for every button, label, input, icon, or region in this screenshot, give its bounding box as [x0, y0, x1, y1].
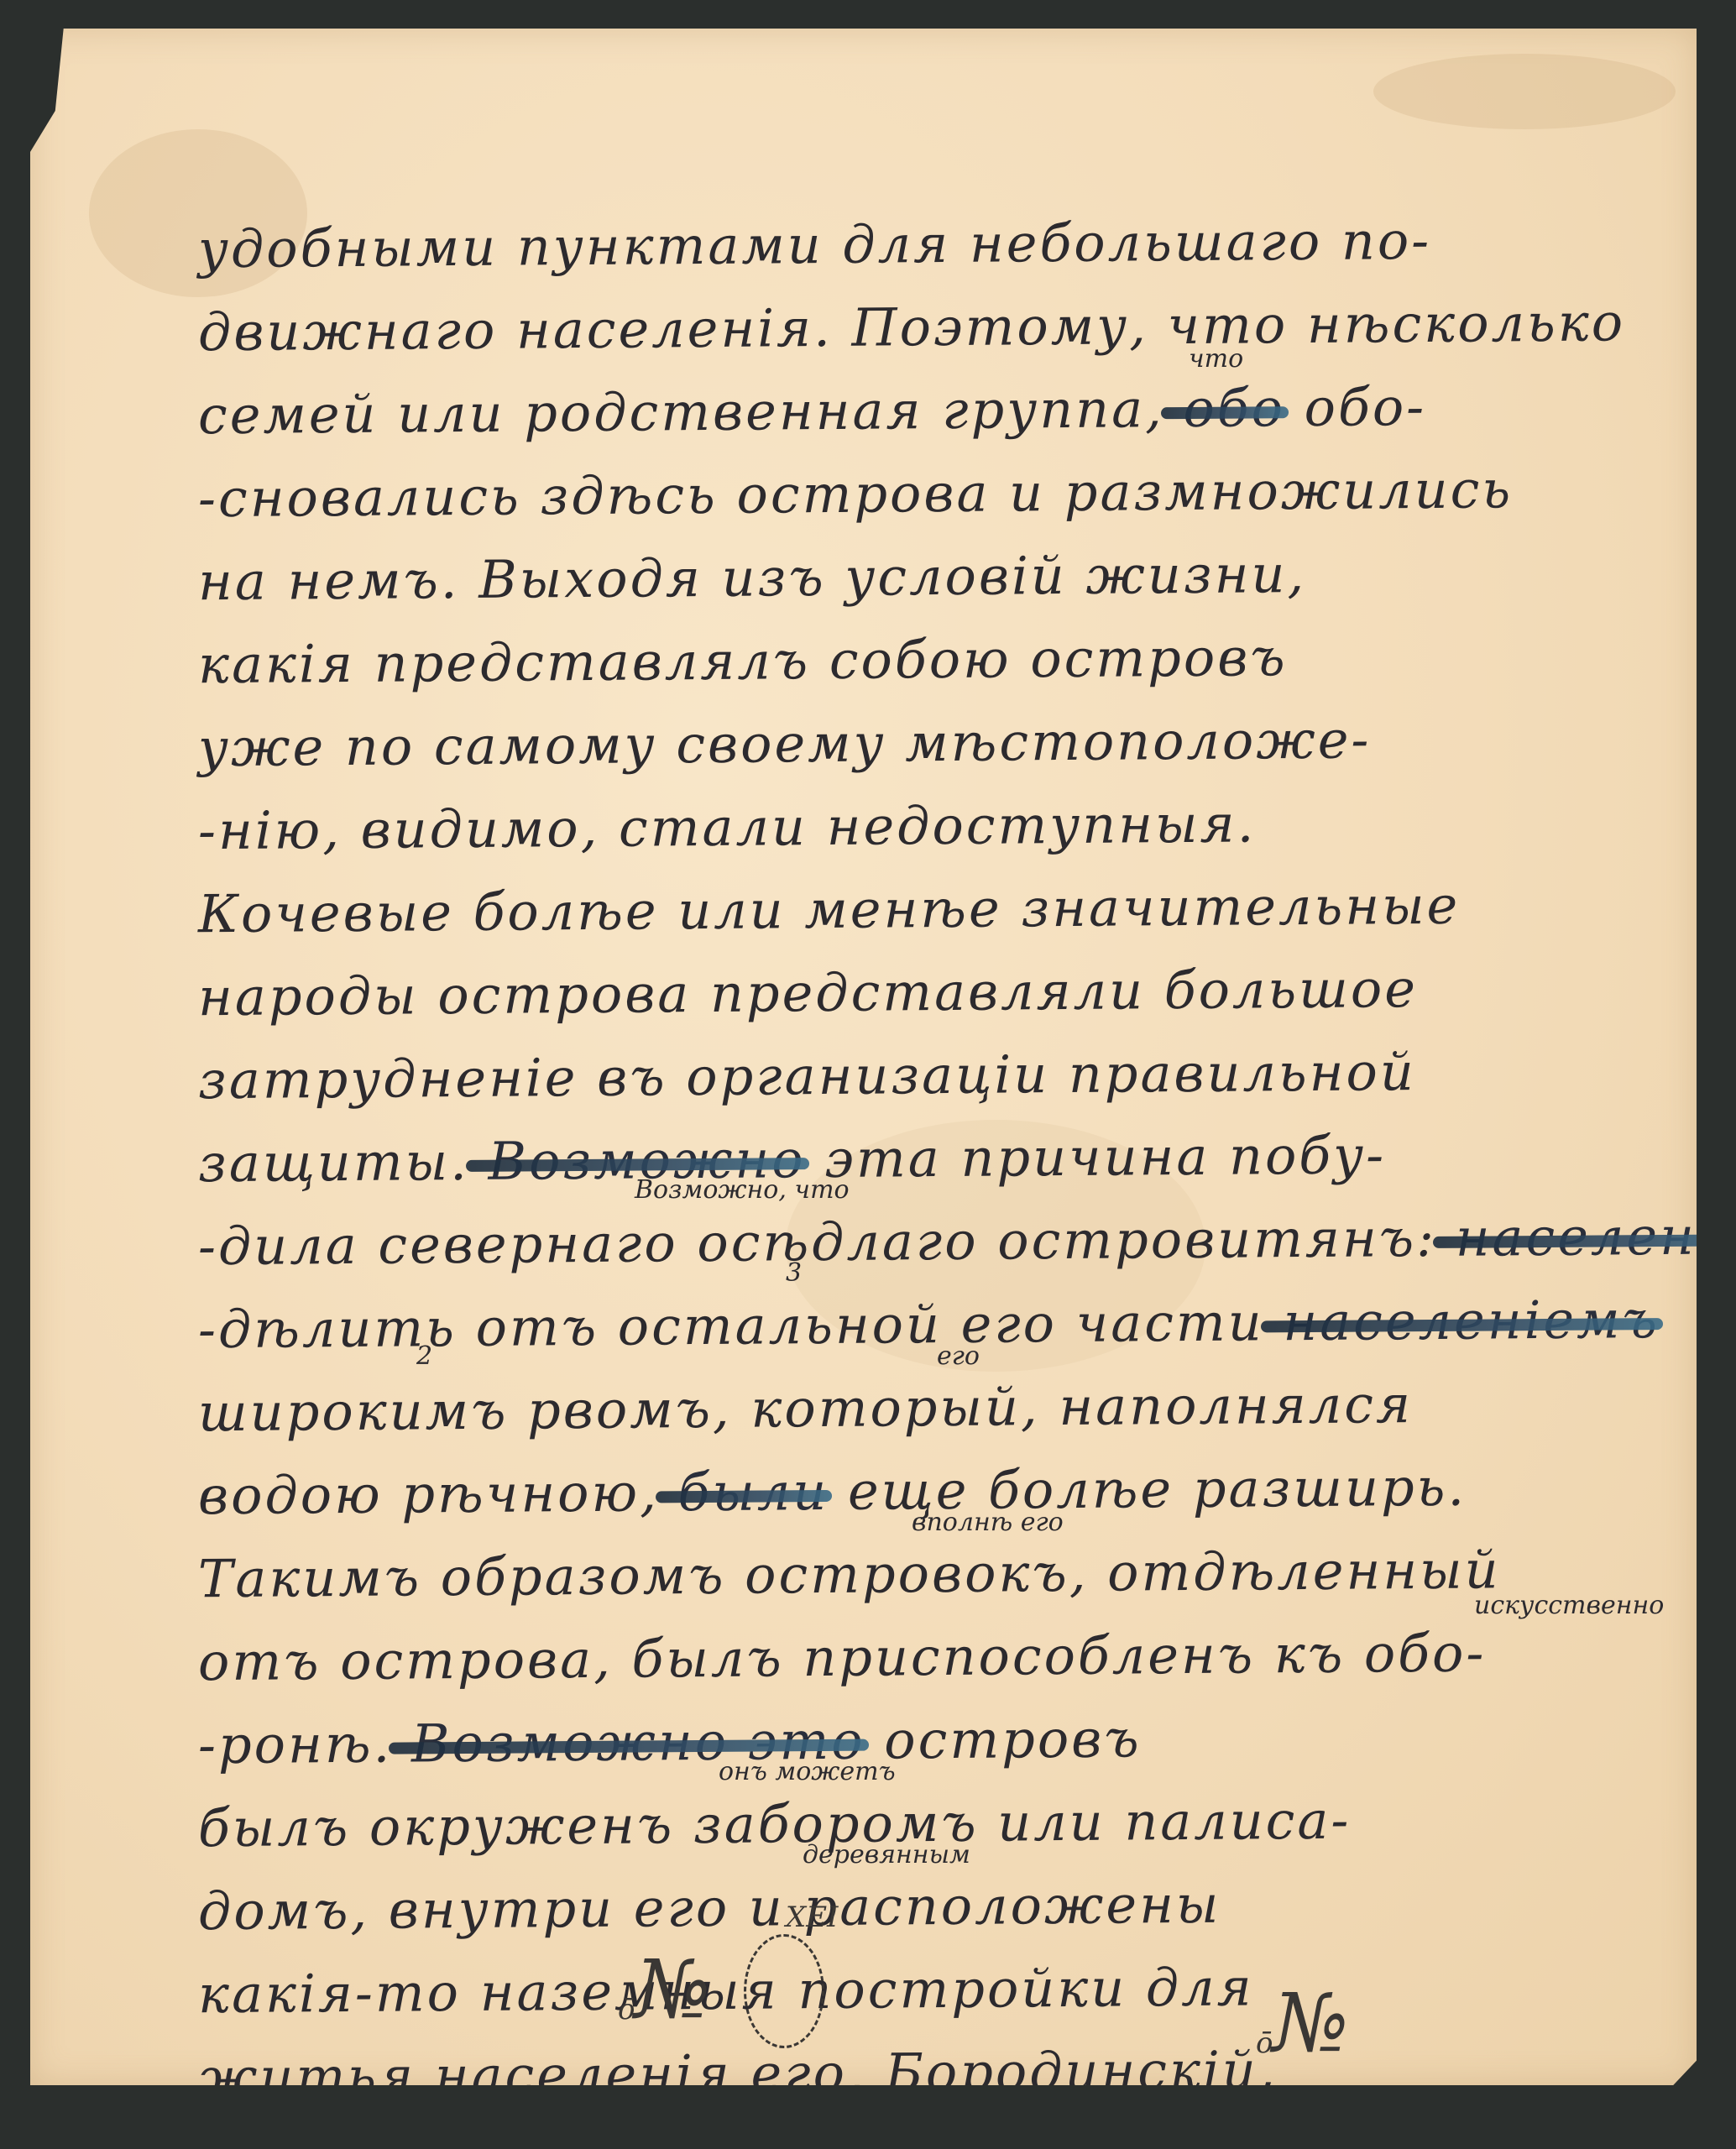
manuscript-line: какія представлялъ собою островъ	[198, 624, 1692, 695]
manuscript-line: -дила севернаго осѣдлаго островитянъ: на…	[198, 1205, 1692, 1277]
line-text-after: эта причина побу-	[805, 1124, 1386, 1190]
line-text: Такимъ образомъ островокъ, отдѣленный	[198, 1539, 1501, 1609]
manuscript-line: широкимъ рвомъ, который, наполнялся	[198, 1372, 1692, 1443]
line-text-after: островъ	[865, 1707, 1141, 1770]
line-text: широкимъ рвомъ, который, наполнялся	[198, 1373, 1413, 1443]
manuscript-line: -сновались здѣсь острова и размножились	[198, 458, 1692, 529]
manuscript-line: на немъ. Выходя изъ условій жизни,	[198, 541, 1692, 612]
line-text: Кочевые болѣе или менѣе значительные	[198, 875, 1461, 944]
line-text: уже по самому своему мѣстоположе-	[198, 708, 1372, 778]
manuscript-line: семей или родственная группа, обо обо-	[198, 374, 1692, 446]
manuscript-page: удобными пунктами для небольшаго по-движ…	[30, 29, 1697, 2085]
line-text: семей или родственная группа,	[198, 378, 1164, 446]
line-text: водою рѣчною,	[198, 1461, 659, 1526]
line-text: какія-то наземныя постройки для	[198, 1956, 1254, 2025]
archive-stamp-1: ō № XEI	[635, 1942, 711, 2037]
interlinear-insertion: что	[1189, 344, 1243, 374]
manuscript-line: -ронѣ. Возможно это островъ	[198, 1704, 1692, 1775]
line-text-after: обо-	[1285, 376, 1427, 438]
manuscript-line: затрудненіе въ организаціи правильной	[198, 1039, 1692, 1111]
interlinear-insertion: онъ можетъ	[719, 1757, 896, 1786]
line-text: житья населенія его, Бородинскій,	[198, 2039, 1278, 2108]
line-text: народы острова представляли большое	[198, 958, 1418, 1027]
line-text: удобными пунктами для небольшаго по-	[198, 210, 1432, 280]
line-text: на немъ. Выходя изъ условій жизни,	[198, 543, 1307, 612]
manuscript-line: -нію, видимо, стали недоступныя.	[198, 790, 1692, 861]
struck-word: были	[659, 1461, 829, 1523]
line-text: -нію, видимо, стали недоступныя.	[198, 792, 1257, 861]
manuscript-line: Такимъ образомъ островокъ, отдѣленный	[198, 1538, 1692, 1609]
archive-stamp-2: ō №	[1273, 1976, 1349, 2070]
line-text: -ронѣ.	[198, 1713, 393, 1776]
interlinear-insertion: 3	[786, 1258, 802, 1288]
interlinear-insertion: искусственно	[1474, 1591, 1664, 1620]
interlinear-insertion: вполнѣ его	[912, 1508, 1064, 1537]
line-text: -дѣлить отъ остальной его части	[198, 1291, 1264, 1360]
manuscript-line: отъ острова, былъ приспособленъ къ обо-	[198, 1621, 1692, 1692]
interlinear-insertion: его	[937, 1341, 980, 1371]
interlinear-insertion: Возможно, что	[635, 1175, 850, 1205]
line-text: движнаго населенія. Поэтому, что нѣсколь…	[198, 291, 1626, 363]
manuscript-line: Кочевые болѣе или менѣе значительные	[198, 873, 1692, 944]
line-text: затрудненіе въ организаціи правильной	[198, 1041, 1416, 1111]
manuscript-line: движнаго населенія. Поэтому, что нѣсколь…	[198, 291, 1692, 363]
struck-word: населеніемъ	[1263, 1289, 1660, 1352]
manuscript-line: домъ, внутри его и расположены	[198, 1870, 1692, 1942]
struck-word: населенія	[1436, 1205, 1736, 1268]
line-text: отъ острова, былъ приспособленъ къ обо-	[198, 1623, 1487, 1693]
manuscript-line: народы острова представляли большое	[198, 956, 1692, 1027]
interlinear-insertion: деревянным	[803, 1840, 970, 1869]
struck-word: обо	[1163, 377, 1285, 439]
line-text: домъ, внутри его и расположены	[198, 1874, 1221, 1942]
manuscript-line: удобными пунктами для небольшаго по-	[198, 208, 1692, 280]
line-text: защиты.	[198, 1131, 469, 1194]
manuscript-line: житья населенія его, Бородинскій,	[198, 2037, 1692, 2108]
line-text: былъ окруженъ заборомъ или палиса-	[198, 1790, 1352, 1859]
line-text: -сновались здѣсь острова и размножились	[198, 458, 1514, 529]
manuscript-line: какія-то наземныя постройки для	[198, 1953, 1692, 2025]
manuscript-line: защиты. Возможно эта причина побу-	[198, 1122, 1692, 1194]
interlinear-insertion: 2	[416, 1341, 432, 1371]
line-text: какія представлялъ собою островъ	[198, 626, 1288, 695]
paper-stain	[1373, 54, 1676, 129]
manuscript-line: уже по самому своему мѣстоположе-	[198, 707, 1692, 778]
line-text: -дила севернаго осѣдлаго островитянъ:	[198, 1207, 1436, 1277]
